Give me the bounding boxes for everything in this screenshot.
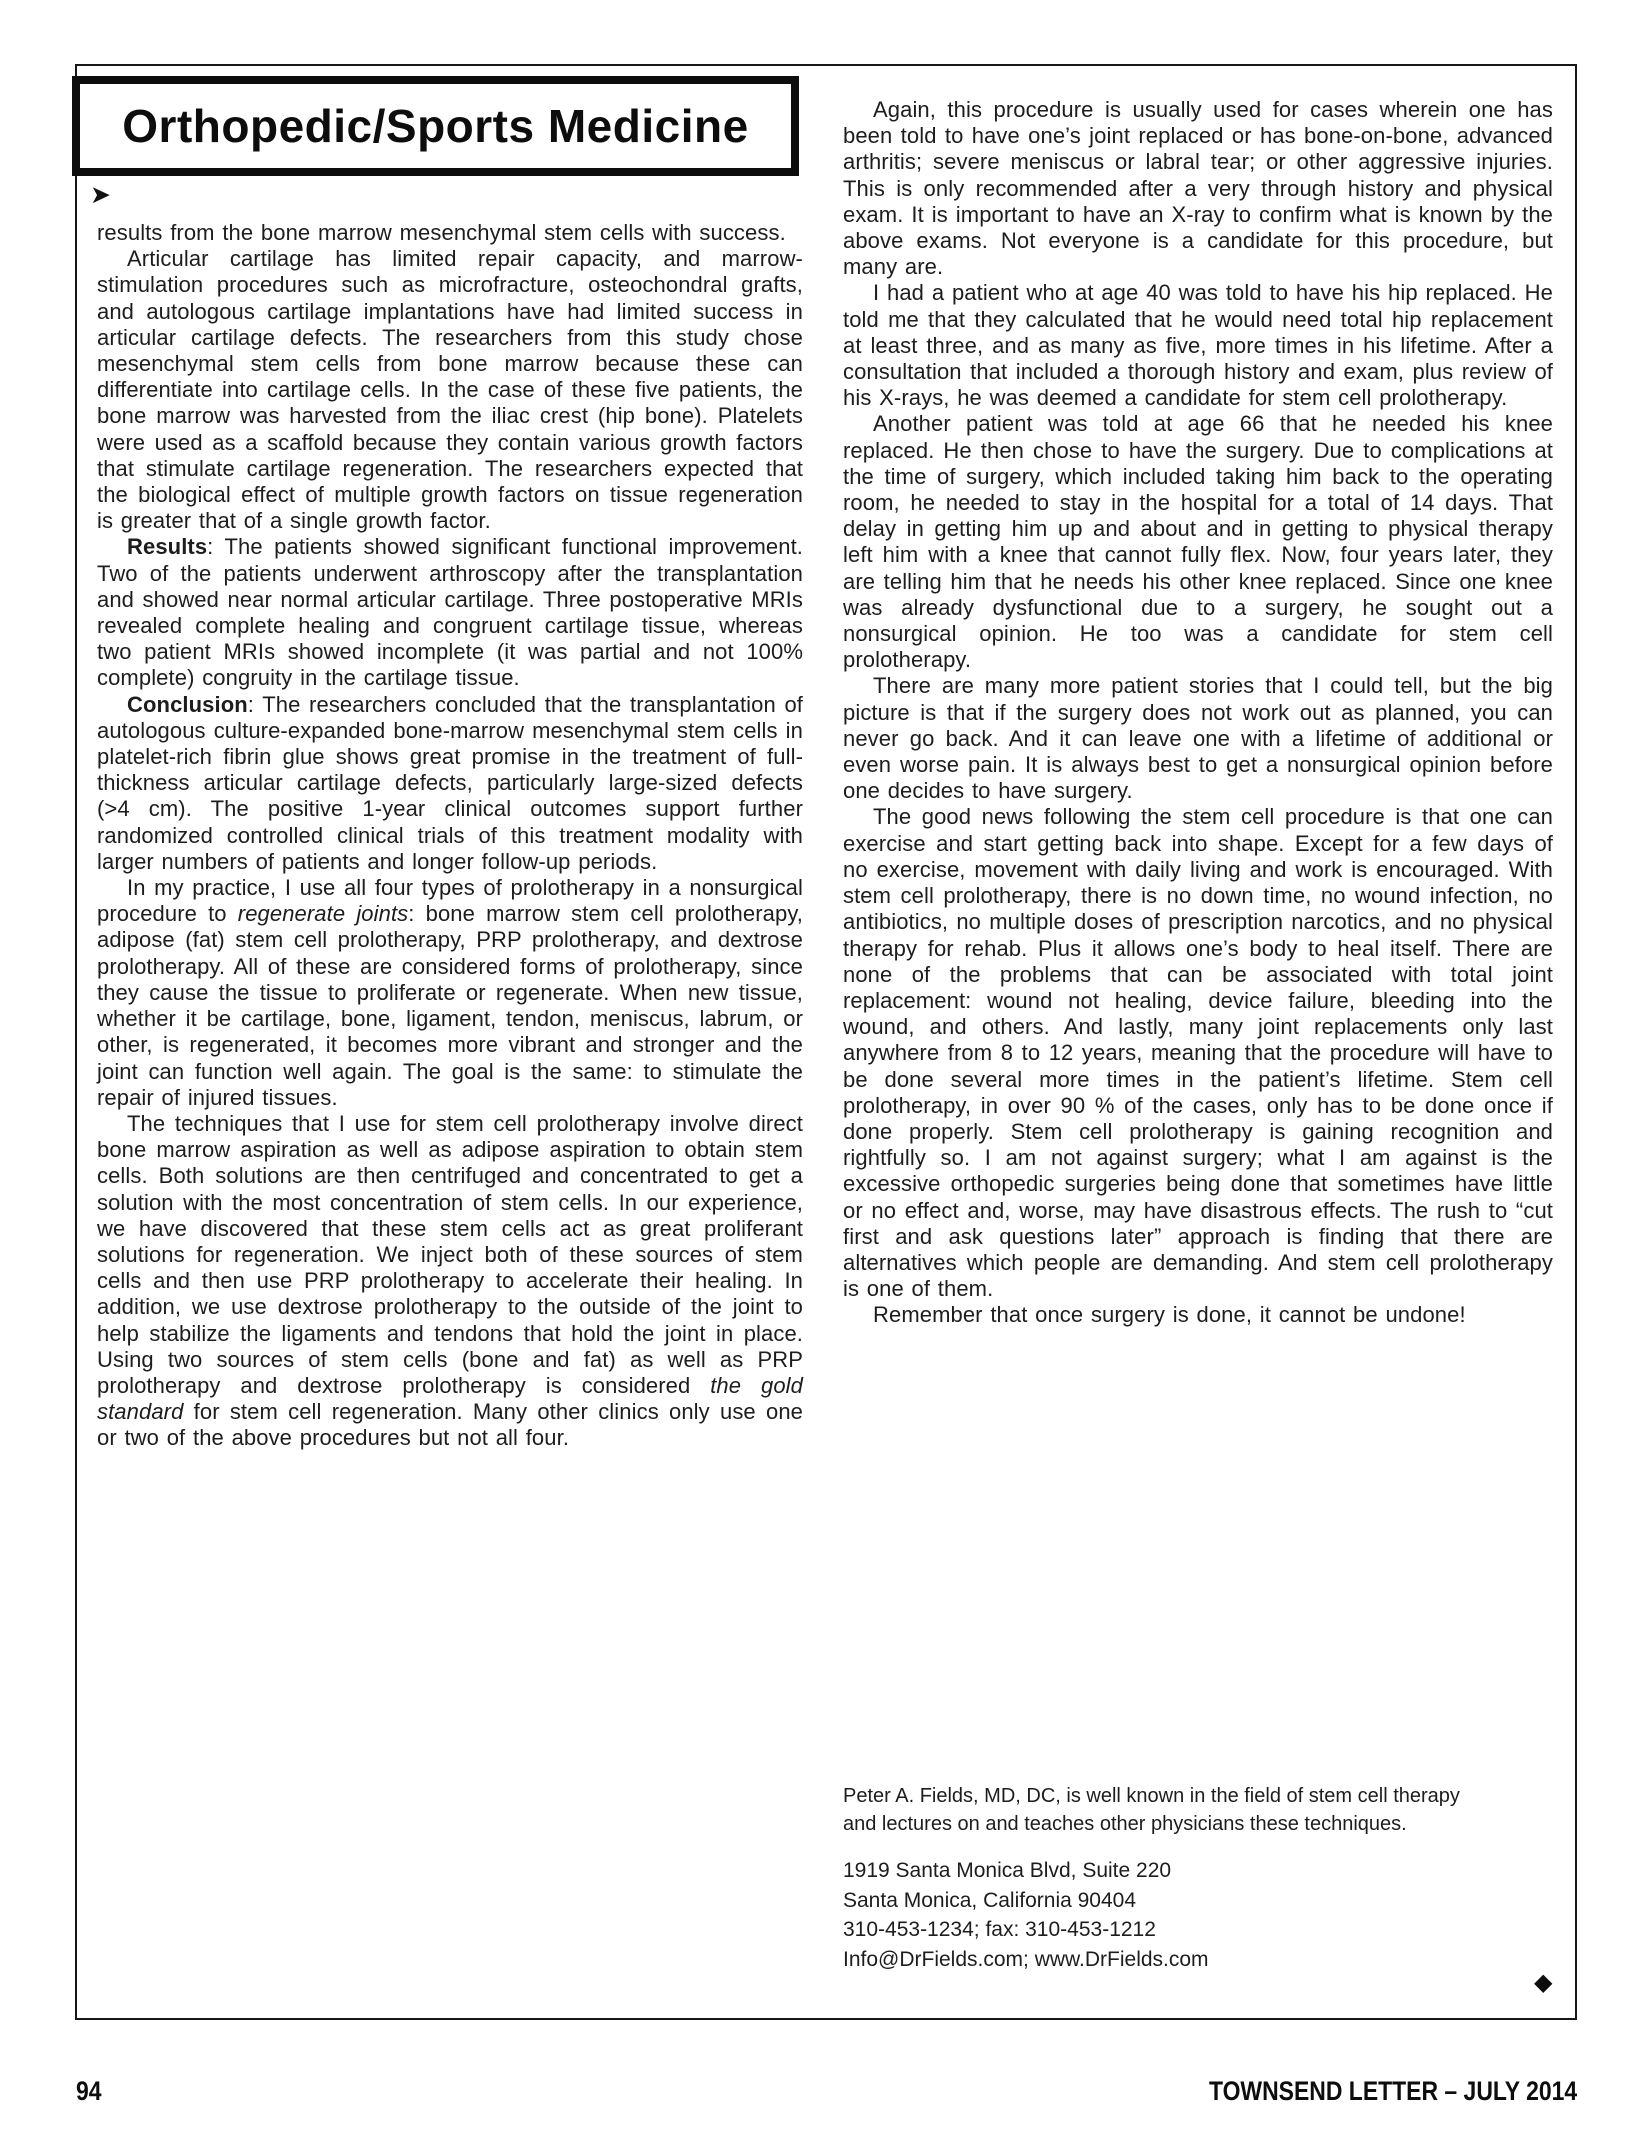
text-run: : The researchers concluded that the tra…: [97, 692, 803, 874]
italic-phrase: regenerate joints: [238, 901, 409, 926]
address-line: 310-453-1234; fax: 310-453-1212: [843, 1915, 1553, 1945]
text-run: Articular cartilage has limited repair c…: [97, 246, 803, 533]
author-address: 1919 Santa Monica Blvd, Suite 220Santa M…: [843, 1856, 1553, 1974]
text-run: : bone marrow stem cell prolotherapy, ad…: [97, 901, 803, 1109]
paragraph: There are many more patient stories that…: [843, 673, 1553, 804]
paragraph: Another patient was told at age 66 that …: [843, 411, 1553, 673]
paragraph: Conclusion: The researchers concluded th…: [97, 692, 803, 875]
journal-name-footer: TOWNSEND LETTER – JULY 2014: [1209, 2076, 1577, 2107]
paragraph: Remember that once surgery is done, it c…: [843, 1302, 1553, 1328]
paragraph: Again, this procedure is usually used fo…: [843, 97, 1553, 280]
continuation-arrow-icon: ➤: [90, 180, 111, 210]
address-line: 1919 Santa Monica Blvd, Suite 220: [843, 1856, 1553, 1886]
address-line: Santa Monica, California 90404: [843, 1886, 1553, 1916]
text-run: The techniques that I use for stem cell …: [97, 1111, 803, 1398]
text-run: There are many more patient stories that…: [843, 673, 1553, 803]
paragraph: I had a patient who at age 40 was told t…: [843, 280, 1553, 411]
section-title: Orthopedic/Sports Medicine: [122, 99, 748, 153]
text-run: The good news following the stem cell pr…: [843, 804, 1553, 1301]
address-line: Info@DrFields.com; www.DrFields.com: [843, 1945, 1553, 1975]
author-block: Peter A. Fields, MD, DC, is well known i…: [843, 1782, 1553, 1974]
text-run: Remember that once surgery is done, it c…: [873, 1302, 1466, 1327]
paragraph: The techniques that I use for stem cell …: [97, 1111, 803, 1452]
bold-lead-word: Results: [127, 534, 207, 559]
section-title-box: Orthopedic/Sports Medicine: [72, 76, 799, 176]
paragraph: The good news following the stem cell pr…: [843, 804, 1553, 1302]
bold-lead-word: Conclusion: [127, 692, 248, 717]
article-left-column: results from the bone marrow mesenchymal…: [97, 220, 803, 1452]
text-run: results from the bone marrow mesenchymal…: [97, 220, 786, 245]
author-bio: Peter A. Fields, MD, DC, is well known i…: [843, 1782, 1488, 1838]
paragraph: Articular cartilage has limited repair c…: [97, 246, 803, 534]
end-of-article-diamond-icon: ◆: [1534, 1968, 1552, 1997]
text-run: I had a patient who at age 40 was told t…: [843, 280, 1553, 410]
text-run: Another patient was told at age 66 that …: [843, 411, 1553, 672]
page-number: 94: [76, 2076, 102, 2107]
paragraph: Results: The patients showed significant…: [97, 534, 803, 691]
text-run: Again, this procedure is usually used fo…: [843, 97, 1553, 279]
paragraph: results from the bone marrow mesenchymal…: [97, 220, 803, 246]
text-run: for stem cell regeneration. Many other c…: [97, 1399, 803, 1450]
article-right-column: Again, this procedure is usually used fo…: [843, 97, 1553, 1329]
paragraph: In my practice, I use all four types of …: [97, 875, 803, 1111]
